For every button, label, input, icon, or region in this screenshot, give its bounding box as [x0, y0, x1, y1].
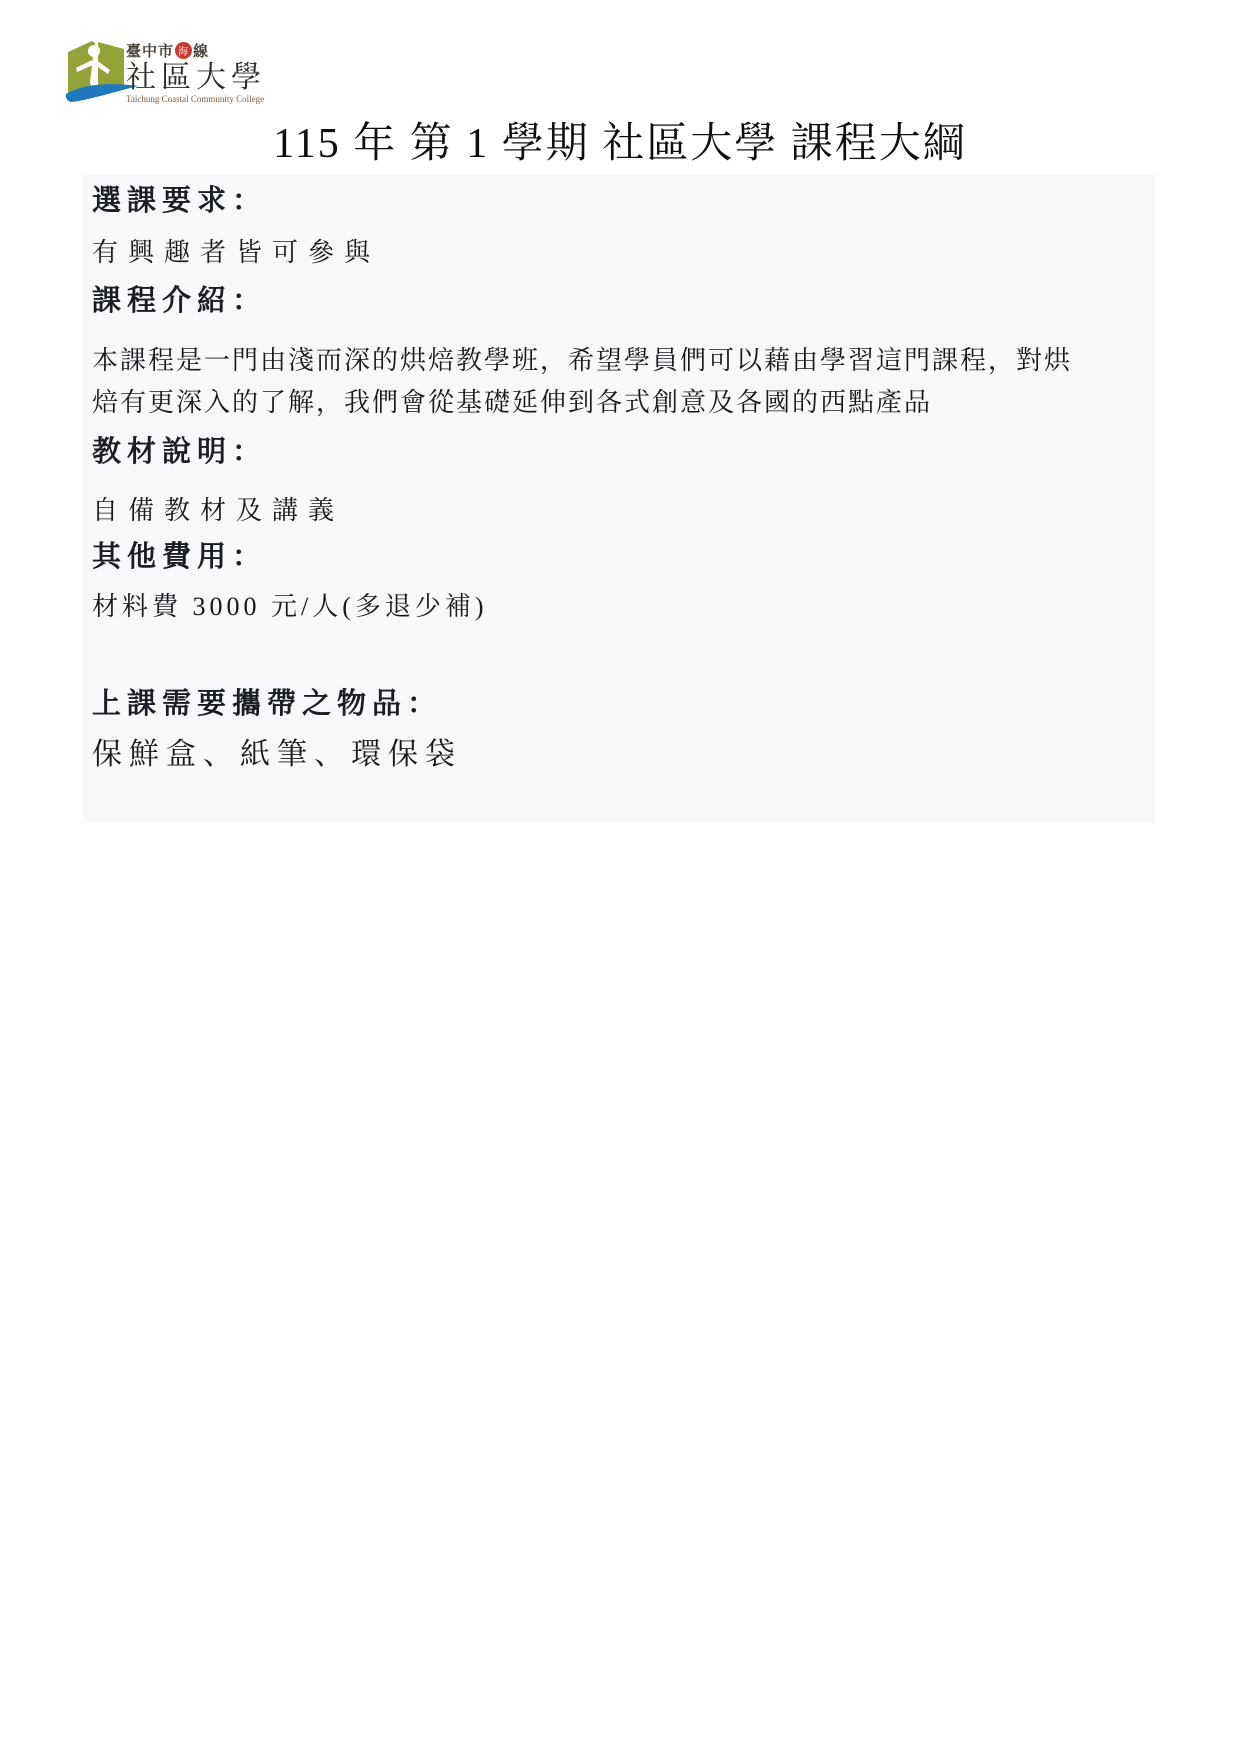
section-heading-enrollment-requirements: 選課要求： — [92, 183, 1155, 219]
section-body-materials: 自備教材及講義 — [92, 494, 1155, 528]
section-heading-items-to-bring: 上課需要攜帶之物品： — [92, 686, 1155, 722]
school-logo-text: 臺中市 海 線 社區大學 Taichung Coastal Community … — [126, 40, 276, 104]
school-name: 社區大學 — [126, 62, 276, 94]
school-region-suffix: 線 — [193, 40, 209, 61]
school-seal-icon: 海 — [175, 42, 192, 59]
section-body-course-introduction: 本課程是一門由淺而深的烘焙教學班，希望學員們可以藉由學習這門課程，對烘焙有更深入… — [92, 340, 1082, 424]
section-body-enrollment-requirements: 有興趣者皆可參與 — [92, 236, 1155, 270]
section-heading-other-fees: 其他費用： — [92, 539, 1155, 575]
syllabus-page: 臺中市 海 線 社區大學 Taichung Coastal Community … — [0, 0, 1240, 1754]
section-heading-materials: 教材說明： — [92, 434, 1155, 470]
school-region-line: 臺中市 海 線 — [126, 40, 276, 61]
school-region-prefix: 臺中市 — [126, 40, 174, 61]
page-title: 115 年 第 1 學期 社區大學 課程大綱 — [0, 118, 1240, 170]
section-body-other-fees: 材料費 3000 元/人(多退少補) — [92, 590, 1155, 624]
school-name-english: Taichung Coastal Community College — [126, 94, 276, 104]
section-heading-course-introduction: 課程介紹： — [92, 283, 1155, 319]
section-body-items-to-bring: 保鮮盒、紙筆、環保袋 — [92, 734, 1155, 776]
school-logo: 臺中市 海 線 社區大學 Taichung Coastal Community … — [62, 34, 272, 106]
course-outline-box: 選課要求： 有興趣者皆可參與 課程介紹： 本課程是一門由淺而深的烘焙教學班，希望… — [83, 175, 1155, 823]
